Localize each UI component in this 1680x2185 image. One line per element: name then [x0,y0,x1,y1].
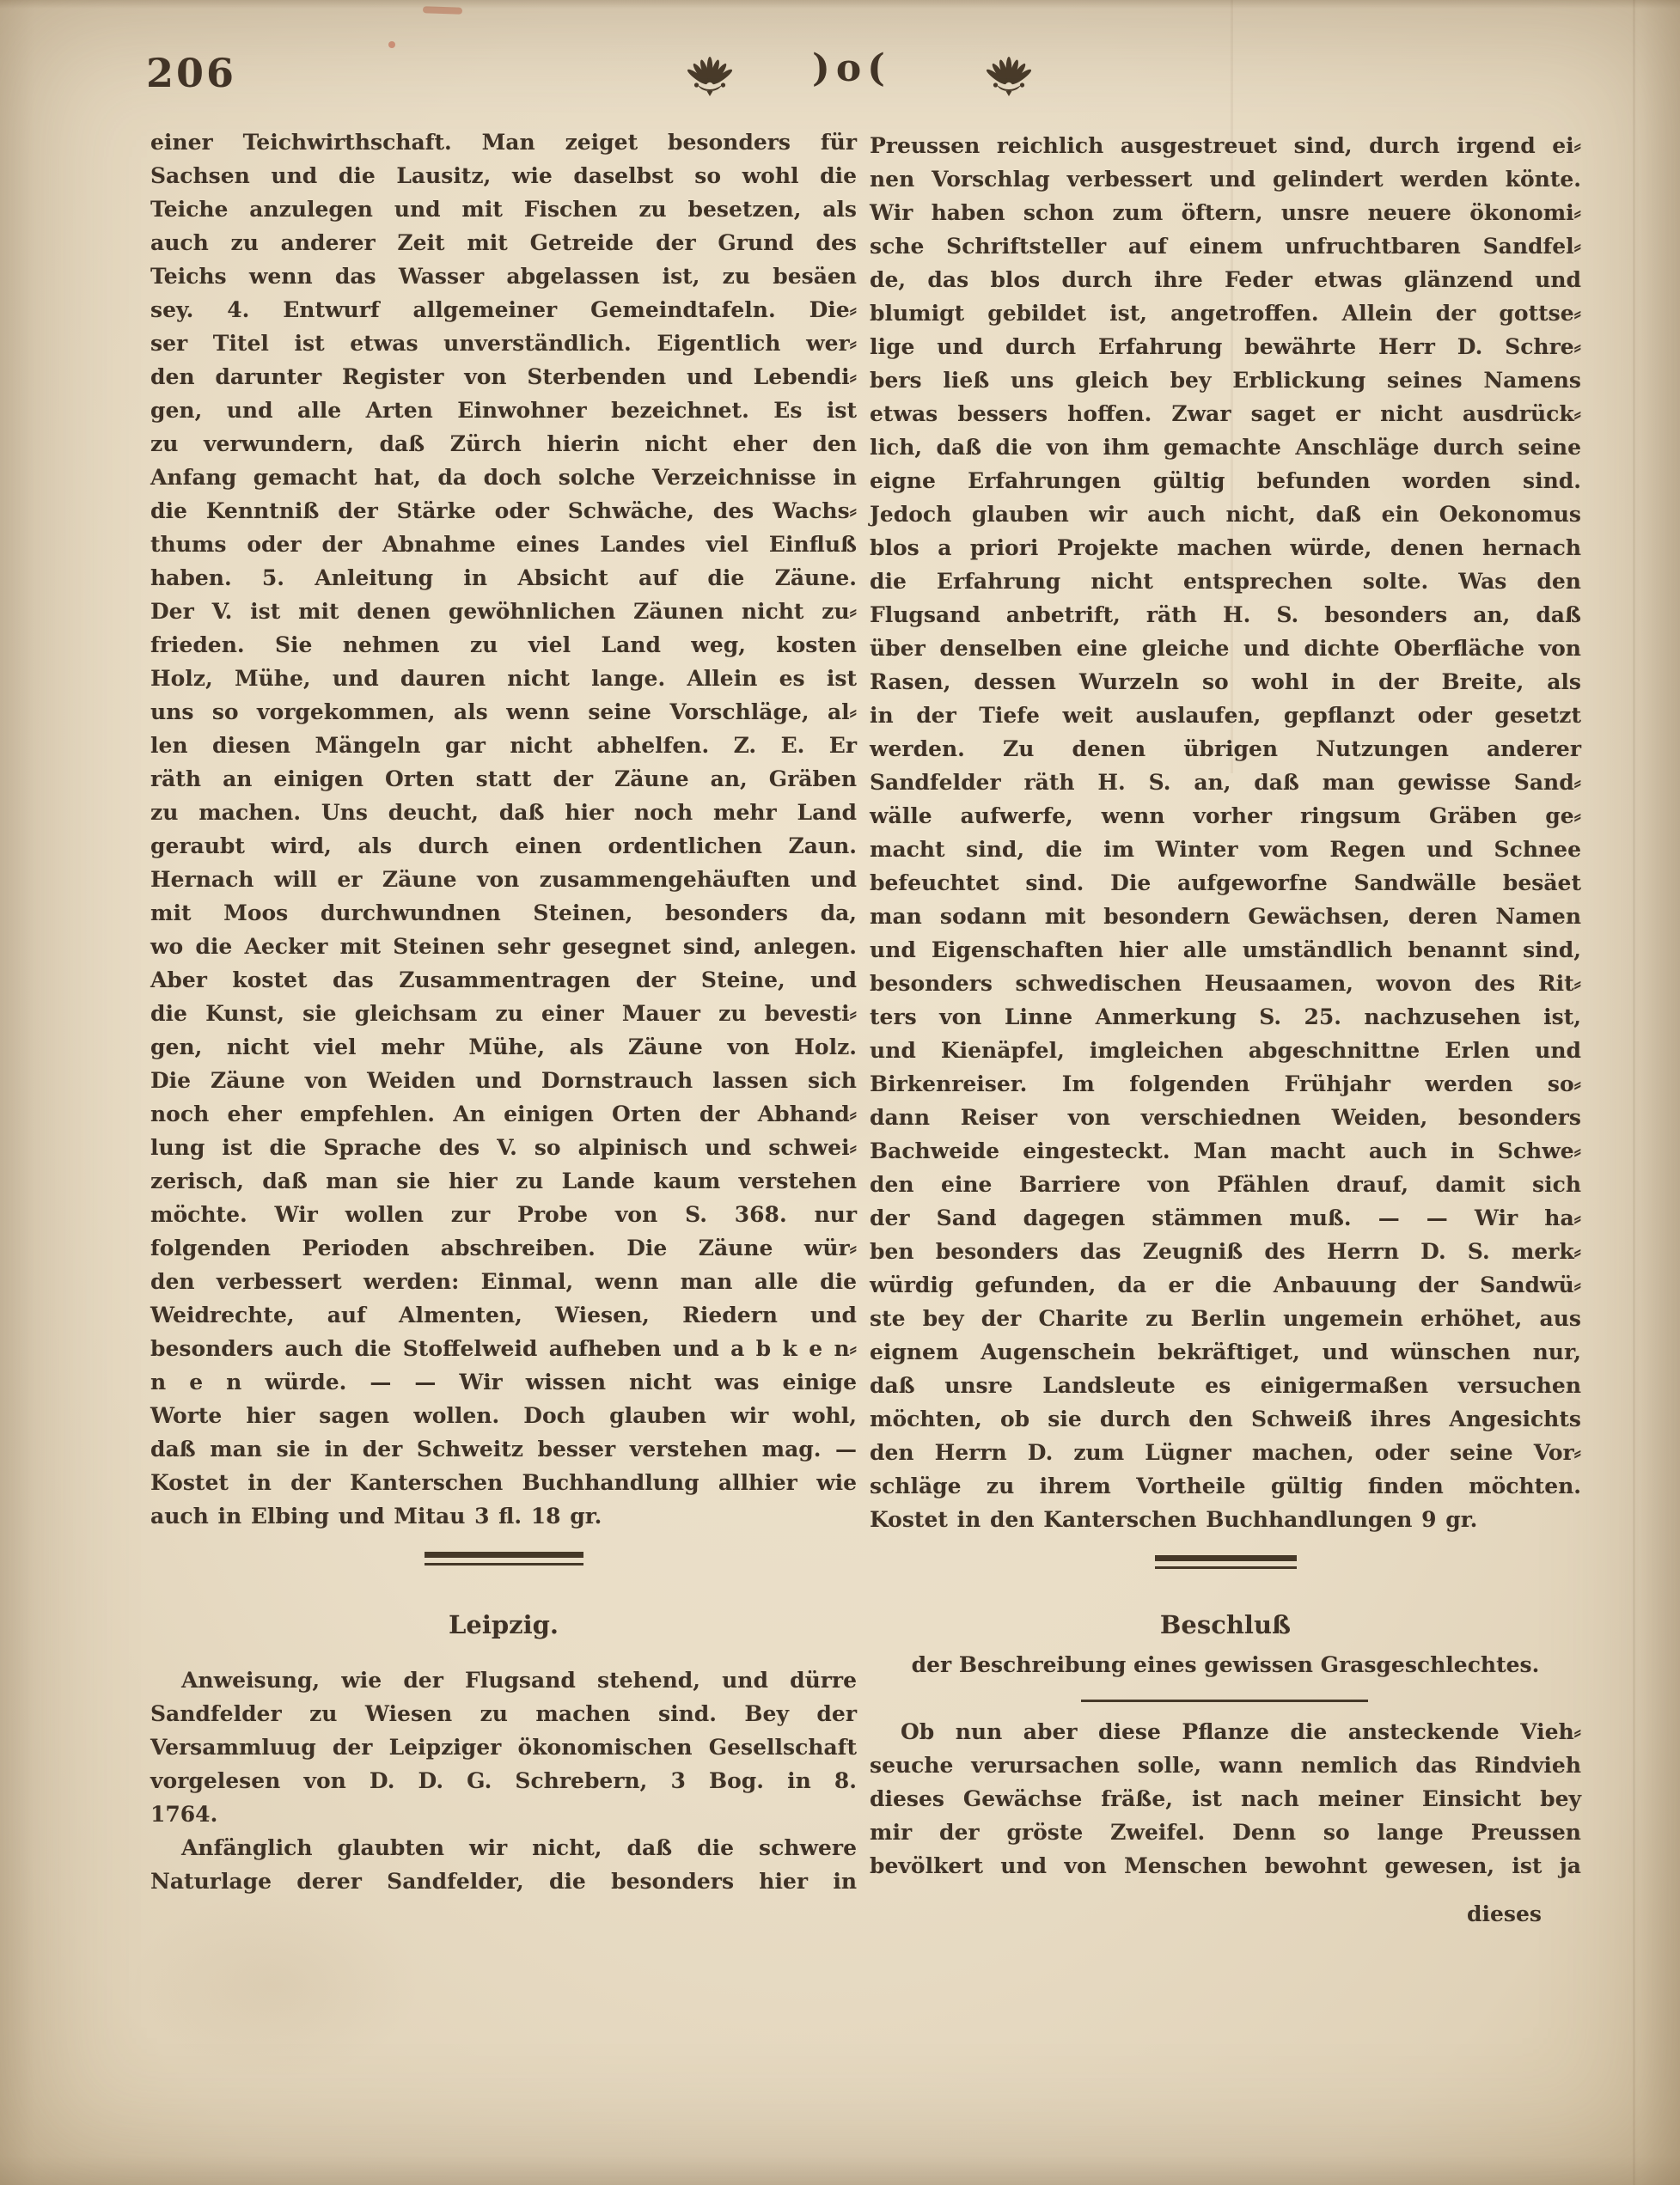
text-line: würdig gefunden, da er die Anbauung der … [870,1268,1581,1302]
text-line: de, das blos durch ihre Feder etwas glän… [870,263,1581,296]
text-line: lung ist die Sprache des V. so alpinisch… [150,1131,857,1164]
text-line: Versammluug der Leipziger ökonomischen G… [150,1730,857,1764]
text-line: lich, daß die von ihm gemachte Anschläge… [870,430,1581,464]
text-line: Teichs wenn das Wasser abgelassen ist, z… [150,259,857,293]
text-line: möchte. Wir wollen zur Probe von S. 368.… [150,1198,857,1231]
section-divider [425,1552,583,1566]
section-heading-leipzig: Leipzig. [150,1608,857,1642]
catchword: dieses [870,1897,1581,1931]
text-line: Der V. ist mit denen gewöhnlichen Zäunen… [150,595,857,628]
text-line: eignem Augenschein bekräftiget, und wüns… [870,1335,1581,1369]
text-line: blumigt gebildet ist, angetroffen. Allei… [870,296,1581,330]
text-line: 1764. [150,1797,857,1831]
text-line: mit Moos durchwundnen Steinen, besonders… [150,896,857,930]
text-line: Ob nun aber diese Pflanze die ansteckend… [870,1715,1581,1749]
text-line: auch zu anderer Zeit mit Getreide der Gr… [150,226,857,259]
text-line: Anfang gemacht hat, da doch solche Verze… [150,461,857,494]
text-line: den verbessert werden: Einmal, wenn man … [150,1265,857,1298]
text-line: Anweisung, wie der Flugsand stehend, und… [150,1663,857,1697]
text-line: uns so vorgekommen, als wenn seine Vorsc… [150,695,857,729]
text-line: thums oder der Abnahme eines Landes viel… [150,528,857,561]
text-line: Teiche anzulegen und mit Fischen zu bese… [150,192,857,226]
text-line: werden. Zu denen übrigen Nutzungen ander… [870,732,1581,766]
text-line: ters von Linne Anmerkung S. 25. nachzuse… [870,1000,1581,1034]
text-line: in der Tiefe weit auslaufen, gepflanzt o… [870,699,1581,732]
text-line: schläge zu ihrem Vortheile gültig finden… [870,1469,1581,1503]
text-line: gen, und alle Arten Einwohner bezeichnet… [150,394,857,427]
text-line: dann Reiser von verschiednen Weiden, bes… [870,1101,1581,1134]
text-line: len diesen Mängeln gar nicht abhelfen. Z… [150,729,857,762]
text-line: Preussen reichlich ausgestreuet sind, du… [870,129,1581,162]
text-line: eigne Erfahrungen gültig befunden worden… [870,464,1581,497]
text-line: besonders schwedischen Heusaamen, wovon … [870,967,1581,1000]
text-line: Kostet in der Kanterschen Buchhandlung a… [150,1466,857,1499]
section-divider [1155,1555,1297,1569]
text-column-right: Preussen reichlich ausgestreuet sind, du… [870,129,1581,1536]
text-line: den Herrn D. zum Lügner machen, oder sei… [870,1436,1581,1469]
paper-fold-line [1633,0,1635,2185]
text-line: über denselben eine gleiche und dichte O… [870,632,1581,665]
text-line: folgenden Perioden abschreiben. Die Zäun… [150,1231,857,1265]
text-line: gen, nicht viel mehr Mühe, als Zäune von… [150,1030,857,1064]
text-line: Sachsen und die Lausitz, wie daselbst so… [150,159,857,192]
text-line: befeuchtet sind. Die aufgeworfne Sandwäl… [870,866,1581,900]
text-line: sche Schriftsteller auf einem unfruchtba… [870,229,1581,263]
text-line: noch eher empfehlen. An einigen Orten de… [150,1097,857,1131]
catchword-text: dieses [1467,1901,1542,1926]
subheading-rule [1081,1700,1368,1702]
text-line: vorgelesen von D. D. G. Schrebern, 3 Bog… [150,1764,857,1797]
text-line: einer Teichwirthschaft. Man zeiget beson… [150,125,857,159]
text-line: zu machen. Uns deucht, daß hier noch meh… [150,796,857,829]
text-line: sey. 4. Entwurf allgemeiner Gemeindtafel… [150,293,857,327]
text-line: Flugsand anbetrift, räth H. S. besonders… [870,598,1581,632]
text-line: Jedoch glauben wir auch nicht, daß ein O… [870,497,1581,531]
text-line: die Kenntniß der Stärke oder Schwäche, d… [150,494,857,528]
text-line: den darunter Register von Sterbenden und… [150,360,857,394]
text-line: zerisch, daß man sie hier zu Lande kaum … [150,1164,857,1198]
text-line: ste bey der Charite zu Berlin ungemein e… [870,1302,1581,1335]
text-line: haben. 5. Anleitung in Absicht auf die Z… [150,561,857,595]
text-line: Wir haben schon zum öftern, unsre neuere… [870,196,1581,229]
text-line: Naturlage derer Sandfelder, die besonder… [150,1865,857,1898]
text-line: ser Titel ist etwas unverständlich. Eige… [150,327,857,360]
text-line: geraubt wird, als durch einen ordentlich… [150,829,857,863]
text-line: Aber kostet das Zusammentragen der Stein… [150,963,857,997]
text-line: lige und durch Erfahrung bewährte Herr D… [870,330,1581,363]
text-line: Holz, Mühe, und dauren nicht lange. Alle… [150,662,857,695]
section-heading-beschluss: Beschluß [870,1608,1581,1642]
text-line: dieses Gewächse fräße, ist nach meiner E… [870,1782,1581,1816]
leipzig-section-text: Anweisung, wie der Flugsand stehend, und… [150,1663,857,1898]
text-line: mir der gröste Zweifel. Denn so lange Pr… [870,1816,1581,1849]
beschluss-section-text: Ob nun aber diese Pflanze die ansteckend… [870,1715,1581,1883]
section-subheading: der Beschreibung eines gewissen Grasgesc… [870,1648,1581,1681]
text-line: man sodann mit besondern Gewächsen, dere… [870,900,1581,933]
text-line: Rasen, dessen Wurzeln so wohl in der Bre… [870,665,1581,699]
shell-ornament-icon [983,52,1035,96]
text-line: Die Zäune von Weiden und Dornstrauch las… [150,1064,857,1097]
text-line: und Kienäpfel, imgleichen abgeschnittne … [870,1034,1581,1067]
text-line: Worte hier sagen wollen. Doch glauben wi… [150,1399,857,1432]
text-line: blos a priori Projekte machen würde, den… [870,531,1581,565]
text-line: ben besonders das Zeugniß des Herrn D. S… [870,1235,1581,1268]
header-center-mark: )o( [796,46,907,90]
text-line: zu verwundern, daß Zürch hierin nicht eh… [150,427,857,461]
paper-stain [129,1890,421,2079]
text-line: daß man sie in der Schweitz besser verst… [150,1432,857,1466]
text-line: der Sand dagegen stämmen muß. — — Wir ha… [870,1201,1581,1235]
text-line: Bachweide eingesteckt. Man macht auch in… [870,1134,1581,1168]
text-line: bers ließ uns gleich bey Erblickung sein… [870,363,1581,397]
text-line: n e n würde. — — Wir wissen nicht was ei… [150,1365,857,1399]
text-line: Hernach will er Zäune von zusammengehäuf… [150,863,857,896]
text-line: wälle aufwerfe, wenn vorher ringsum Gräb… [870,799,1581,833]
text-line: die Erfahrung nicht entsprechen solte. W… [870,565,1581,598]
text-line: Kostet in den Kanterschen Buchhandlungen… [870,1503,1581,1536]
text-line: den eine Barriere von Pfählen drauf, dam… [870,1168,1581,1201]
text-line: Sandfelder zu Wiesen zu machen sind. Bey… [150,1697,857,1730]
red-speck [388,41,395,48]
text-line: macht sind, die im Winter vom Regen und … [870,833,1581,866]
red-speck [423,6,462,15]
text-line: wo die Aecker mit Steinen sehr gesegnet … [150,930,857,963]
text-line: möchten, ob sie durch den Schweiß ihres … [870,1402,1581,1436]
text-line: auch in Elbing und Mitau 3 fl. 18 gr. [150,1499,857,1533]
text-line: etwas bessers hoffen. Zwar saget er nich… [870,397,1581,430]
text-line: Sandfelder räth H. S. an, daß man gewiss… [870,766,1581,799]
scanned-page: 206 )o( [0,0,1680,2185]
text-line: frieden. Sie nehmen zu viel Land weg, ko… [150,628,857,662]
text-line: räth an einigen Orten statt der Zäune an… [150,762,857,796]
text-column-left: einer Teichwirthschaft. Man zeiget beson… [150,125,857,1533]
shell-ornament-icon [684,52,736,96]
text-line: bevölkert und von Menschen bewohnt gewes… [870,1849,1581,1883]
text-line: Weidrechte, auf Almenten, Wiesen, Rieder… [150,1298,857,1332]
text-line: und Eigenschaften hier alle umständlich … [870,933,1581,967]
page-number: 206 [146,50,236,96]
text-line: seuche verursachen solle, wann nemlich d… [870,1749,1581,1782]
text-line: Birkenreiser. Im folgenden Frühjahr werd… [870,1067,1581,1101]
text-line: besonders auch die Stoffelweid aufheben … [150,1332,857,1365]
text-line: die Kunst, sie gleichsam zu einer Mauer … [150,997,857,1030]
text-line: nen Vorschlag verbessert und gelindert w… [870,162,1581,196]
text-line: Anfänglich glaubten wir nicht, daß die s… [150,1831,857,1865]
text-line: daß unsre Landsleute es einigermaßen ver… [870,1369,1581,1402]
